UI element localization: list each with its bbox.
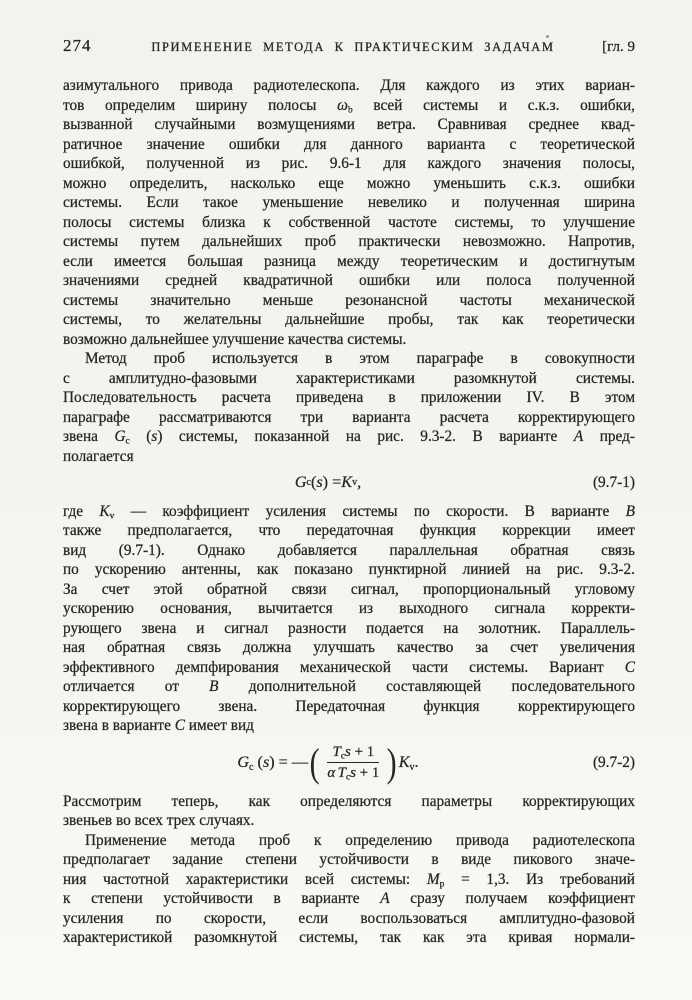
text-line: также предполагается, что передаточная ф… (63, 521, 635, 541)
running-title: ПРИМЕНЕНИЕ МЕТОДА К ПРАКТИЧЕСКИМ ЗАДАЧАМ (123, 40, 583, 55)
text-line: возможно дальнейшее улучшение качества с… (63, 330, 635, 350)
text-line: к степени устойчивости в варианте A сраз… (63, 889, 635, 909)
text-line: параграфе рассматриваются три варианта р… (63, 408, 635, 428)
paragraph: где Kv — коэффициент усиления системы по… (63, 502, 635, 736)
text-line: если имеется большая разница между теоре… (63, 252, 635, 272)
text-line: ния частотной характеристики всей систем… (63, 870, 635, 890)
text-line: ускорению основания, вычитается из выход… (63, 599, 635, 619)
text-line: Рассмотрим теперь, как определяются пара… (63, 792, 635, 812)
text-line: системы. Если такое уменьшение невелико … (63, 193, 635, 213)
text-line: корректирующего звена. Передаточная функ… (63, 697, 635, 717)
close-paren: ) (387, 743, 397, 783)
text-flow: азимутального привода радиотелескопа. Дл… (63, 76, 635, 948)
text-line: полосы системы близка к собственной част… (63, 213, 635, 233)
text-line: предполагает задание степени устойчивост… (63, 850, 635, 870)
text-line: с амплитудно-фазовыми характеристиками р… (63, 369, 635, 389)
equation-number: (9.7-2) (593, 753, 635, 773)
text-line: значениями средней квадратичной ошибки и… (63, 271, 635, 291)
fraction-denominator: α Tcs + 1 (322, 763, 384, 782)
text-line: эффективного демпфирования механической … (63, 658, 635, 678)
fraction-numerator: Tcs + 1 (327, 743, 379, 763)
text-line: по ускорению антенны, как показано пункт… (63, 560, 635, 580)
open-paren: ( (310, 743, 320, 783)
display-equation: Gc (s) = Kv, (9.7-1) (63, 473, 635, 493)
scan-speck (546, 35, 549, 38)
equation-body: Gc (s) = — ( Tcs + 1 α Tcs + 1 ) Kv. (63, 743, 593, 783)
text-line: полагается (63, 447, 635, 467)
text-line: системы значительно меньше резонансной ч… (63, 291, 635, 311)
chapter-reference: [гл. 9 (583, 39, 635, 56)
text-line: вид (9.7-1). Однако добавляется параллел… (63, 541, 635, 561)
text-line: тов определим ширину полосы ωb всей сист… (63, 96, 635, 116)
text-line: звена в варианте C имеет вид (63, 716, 635, 736)
equation-lhs: Gc (s) = — (236, 753, 309, 773)
text-line: звена Gc (s) системы, показанной на рис.… (63, 427, 635, 447)
equation-number: (9.7-1) (593, 473, 635, 493)
text-line: системы, то желательны дальнейшие пробы,… (63, 310, 635, 330)
running-head: 274 ПРИМЕНЕНИЕ МЕТОДА К ПРАКТИЧЕСКИМ ЗАД… (63, 36, 635, 56)
text-line: азимутального привода радиотелескопа. Дл… (63, 76, 635, 96)
paragraph: азимутального привода радиотелескопа. Дл… (63, 76, 635, 349)
paragraph: Рассмотрим теперь, как определяются пара… (63, 792, 635, 831)
text-line: отличается от B дополнительной составляю… (63, 677, 635, 697)
page-number: 274 (63, 36, 123, 56)
text-line: ратичное значение ошибки для данного вар… (63, 135, 635, 155)
text-line: усиления по скорости, если воспользовать… (63, 909, 635, 929)
text-line: можно определить, насколько еще можно ум… (63, 174, 635, 194)
text-line: звеньев во всех трех случаях. (63, 811, 635, 831)
text-line: рующего звена и сигнал разности подается… (63, 619, 635, 639)
text-line: системы путем дальнейших проб практическ… (63, 232, 635, 252)
text-line: За счет этой обратной связи сигнал, проп… (63, 580, 635, 600)
equation-body: Gc (s) = Kv, (63, 473, 593, 493)
book-page: 274 ПРИМЕНЕНИЕ МЕТОДА К ПРАКТИЧЕСКИМ ЗАД… (0, 0, 692, 1000)
paragraph: Метод проб используется в этом параграфе… (63, 349, 635, 466)
text-line: вызванной случайными возмущениями ветра.… (63, 115, 635, 135)
equation-rhs: Kv. (398, 753, 420, 773)
text-line: характеристикой разомкнутой системы, так… (63, 928, 635, 948)
display-equation: Gc (s) = — ( Tcs + 1 α Tcs + 1 ) Kv. (9.… (63, 743, 635, 783)
text-line: где Kv — коэффициент усиления системы по… (63, 502, 635, 522)
text-line: Последовательность расчета приведена в п… (63, 388, 635, 408)
paragraph: Применение метода проб к определению при… (63, 831, 635, 948)
fraction: Tcs + 1 α Tcs + 1 (322, 743, 384, 782)
text-line: Метод проб используется в этом параграфе… (63, 349, 635, 369)
text-line: ная обратная связь должна улучшать качес… (63, 638, 635, 658)
text-line: Применение метода проб к определению при… (63, 831, 635, 851)
text-line: ошибкой, полученной из рис. 9.6-1 для ка… (63, 154, 635, 174)
